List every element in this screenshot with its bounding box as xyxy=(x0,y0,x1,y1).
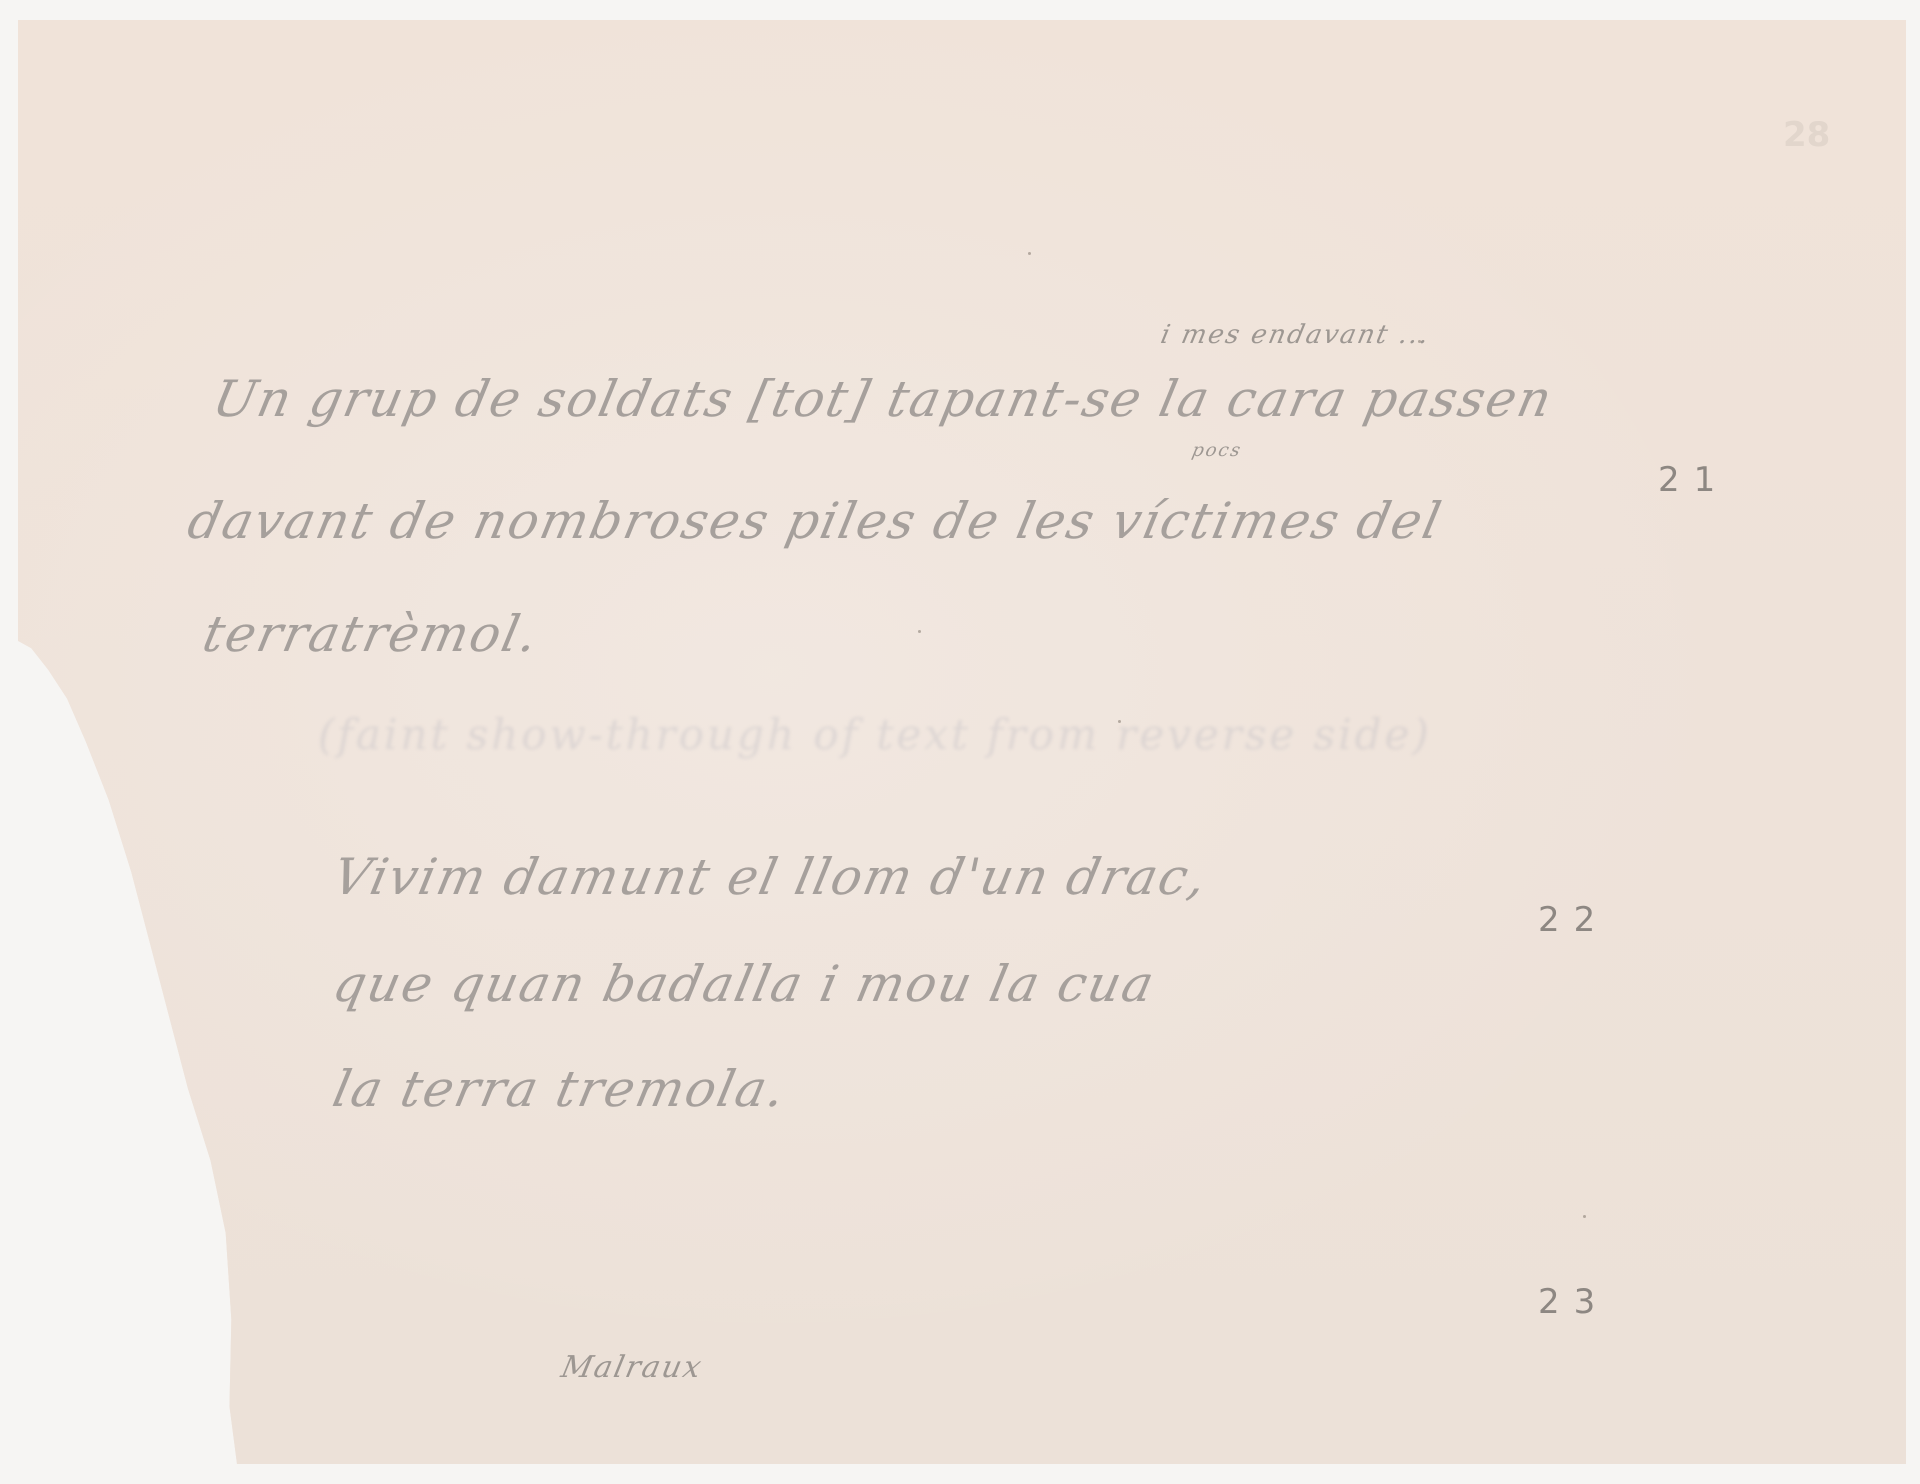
signature: Malraux xyxy=(558,1350,706,1385)
scanned-page: 28 i mes endavant ... Un grup de soldats… xyxy=(0,0,1920,1484)
paper-speck xyxy=(918,630,921,633)
paper-sheet: 28 i mes endavant ... Un grup de soldats… xyxy=(18,20,1906,1464)
paper-speck xyxy=(1118,720,1121,723)
section-21-line-3: terratrèmol. xyxy=(198,605,545,663)
paper-speck xyxy=(1418,340,1421,343)
section-22-line-2: que quan badalla i mou la cua xyxy=(328,955,1161,1013)
paper-speck xyxy=(1583,1215,1586,1218)
ghost-show-through-text: (faint show-through of text from reverse… xyxy=(318,710,1432,759)
section-21-line-2: davant de nombroses piles de les víctime… xyxy=(183,492,1448,550)
interlinear-insertion-below: pocs xyxy=(1190,440,1244,461)
section-number-22: 22 xyxy=(1538,900,1609,940)
section-22-line-1: Vivim damunt el llom d'un drac, xyxy=(328,848,1213,906)
interlinear-insertion-above: i mes endavant ... xyxy=(1158,320,1433,350)
section-number-23: 23 xyxy=(1538,1282,1609,1322)
corner-stamp-number: 28 xyxy=(1783,115,1830,155)
section-number-21: 21 xyxy=(1658,460,1729,500)
section-21-line-1: Un grup de soldats [tot] tapant-se la ca… xyxy=(208,370,1559,428)
section-22-line-3: la terra tremola. xyxy=(328,1060,792,1118)
paper-speck xyxy=(1028,252,1031,255)
